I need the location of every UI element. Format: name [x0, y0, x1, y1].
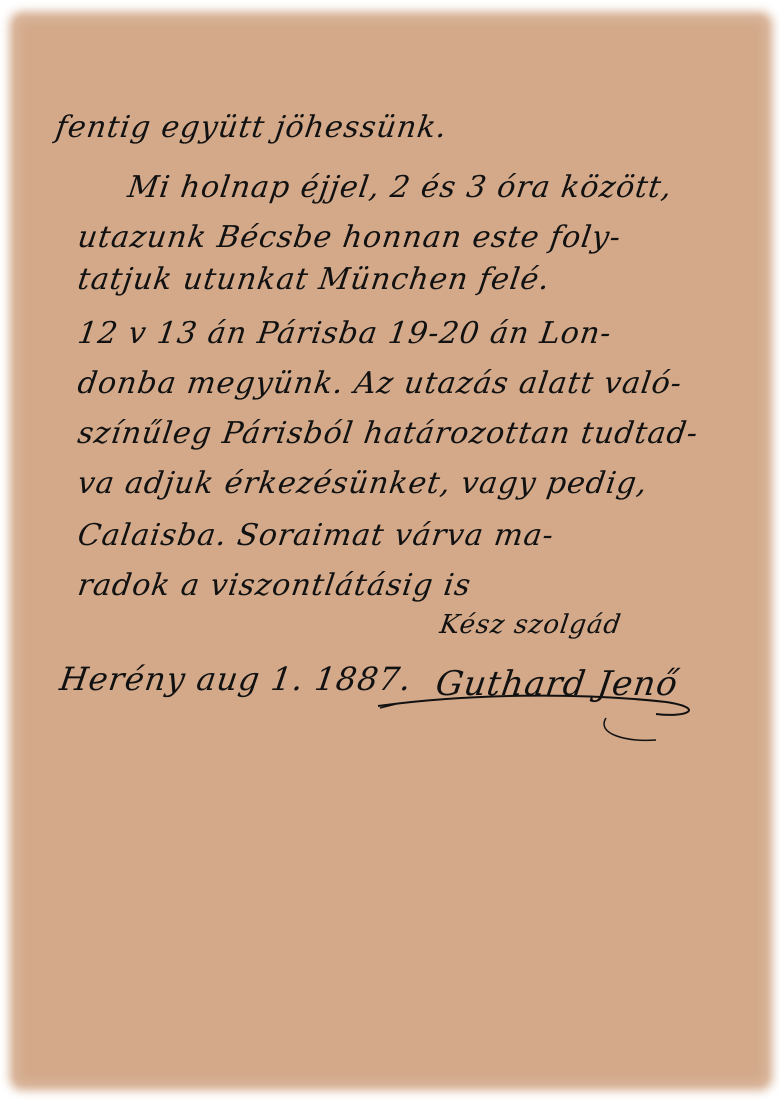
letter-line-8: va adjuk érkezésünket, vagy pedig, [76, 466, 650, 501]
letter-line-9: Calaisba. Soraimat várva ma- [76, 518, 557, 553]
letter-line-10: radok a viszontlátásig is [76, 568, 474, 603]
letter-line-2: Mi holnap éjjel, 2 és 3 óra között, [126, 170, 675, 205]
letter-line-4: tatjuk utunkat München felé. [76, 262, 553, 297]
letter-line-6: donba megyünk. Az utazás alatt való- [76, 366, 685, 401]
signature: Guthard Jenő [433, 664, 680, 704]
letter-page: fentig együtt jöhessünk. Mi holnap éjjel… [16, 18, 766, 1084]
letter-line-1: fentig együtt jöhessünk. [54, 110, 450, 145]
letter-line-5: 12 v 13 án Párisba 19-20 án Lon- [76, 316, 614, 351]
letter-line-7: színűleg Párisból határozottan tudtad- [76, 416, 701, 451]
letter-line-3: utazunk Bécsbe honnan este foly- [76, 220, 624, 255]
place-date: Herény aug 1. 1887. [57, 660, 414, 698]
closing-text: Kész szolgád [438, 610, 623, 640]
